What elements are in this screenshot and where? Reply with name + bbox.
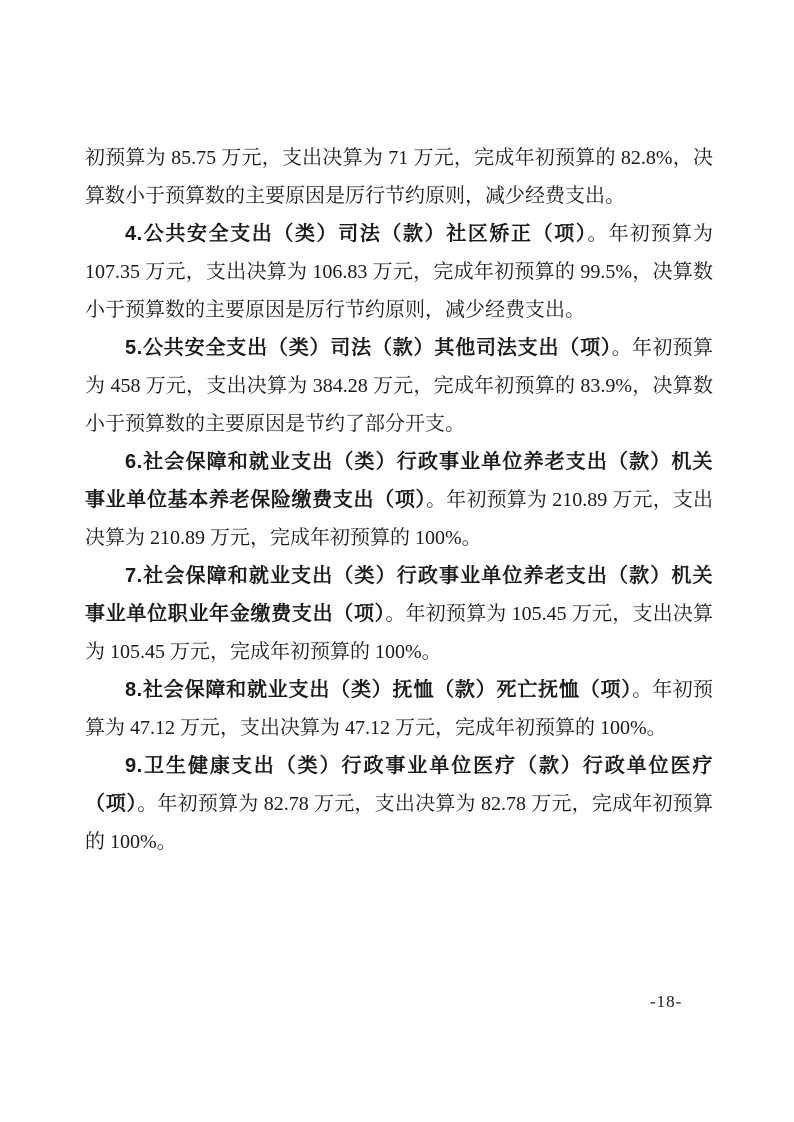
paragraph-continuation: 初预算为 85.75 万元，支出决算为 71 万元，完成年初预算的 82.8%，…: [85, 139, 713, 215]
paragraph-text: 初预算为 85.75 万元，支出决算为 71 万元，完成年初预算的 82.8%，…: [85, 147, 713, 207]
document-body: 初预算为 85.75 万元，支出决算为 71 万元，完成年初预算的 82.8%，…: [85, 139, 713, 861]
paragraph-item-8: 8.社会保障和就业支出（类）抚恤（款）死亡抚恤（项）。年初预算为 47.12 万…: [85, 671, 713, 747]
page-number: -18-: [650, 991, 710, 1013]
paragraph-text: 。年初预算为 82.78 万元，支出决算为 82.78 万元，完成年初预算的 1…: [85, 793, 713, 853]
document-page: 初预算为 85.75 万元，支出决算为 71 万元，完成年初预算的 82.8%，…: [0, 0, 794, 1122]
paragraph-item-6: 6.社会保障和就业支出（类）行政事业单位养老支出（款）机关事业单位基本养老保险缴…: [85, 443, 713, 557]
paragraph-lead: 8.社会保障和就业支出（类）抚恤（款）死亡抚恤（项）: [125, 679, 632, 701]
paragraph-lead: 5.公共安全支出（类）司法（款）其他司法支出（项）: [125, 337, 612, 359]
paragraph-lead: 4.公共安全支出（类）司法（款）社区矫正（项）: [125, 223, 587, 245]
paragraph-item-9: 9.卫生健康支出（类）行政事业单位医疗（款）行政单位医疗（项）。年初预算为 82…: [85, 747, 713, 861]
paragraph-item-7: 7.社会保障和就业支出（类）行政事业单位养老支出（款）机关事业单位职业年金缴费支…: [85, 557, 713, 671]
paragraph-item-4: 4.公共安全支出（类）司法（款）社区矫正（项）。年初预算为 107.35 万元，…: [85, 215, 713, 329]
paragraph-item-5: 5.公共安全支出（类）司法（款）其他司法支出（项）。年初预算为 458 万元，支…: [85, 329, 713, 443]
